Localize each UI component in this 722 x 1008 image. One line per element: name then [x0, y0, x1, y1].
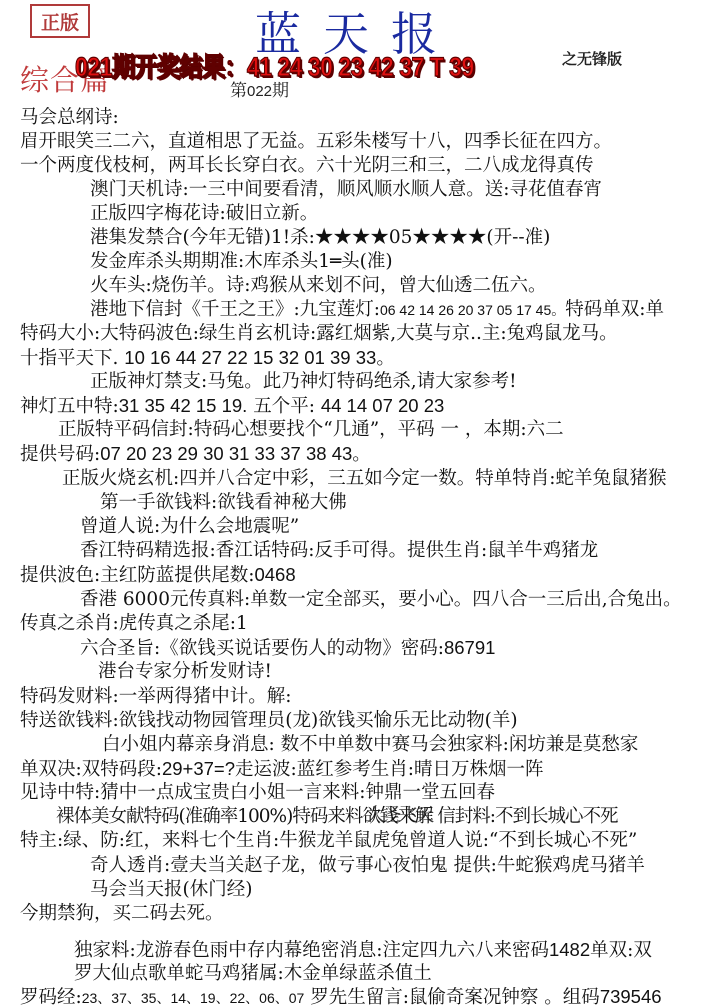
line-segment: 神灯五中特:: [20, 396, 119, 417]
line-segment: 提供号码:: [20, 444, 100, 465]
text-line: 一个两度伐枝柯，两耳长长穿白衣。六十光阴三和三，二八成龙得真传: [20, 155, 594, 177]
text-line: 神灯五中特:31 35 42 15 19. 五个平: 44 14 07 20 2…: [20, 395, 444, 418]
text-line: 提供号码:07 20 23 29 30 31 33 37 38 43。: [20, 443, 371, 466]
text-line: 正版特平码信封:特码心想要找个“几通”，平码 一 ，本期:六二: [58, 419, 564, 441]
issue-prefix: 第: [230, 81, 247, 101]
text-line: 马会当天报(休门经): [90, 879, 252, 901]
text-line: 澳门天机诗:一三中间要看清，顺风顺水顺人意。送:寻花值春宵: [90, 179, 602, 201]
line-segment: 罗码经:: [20, 987, 82, 1008]
number-list: 44 14 07 20 23: [321, 395, 444, 416]
password-number: 86791: [444, 637, 495, 658]
line-segment: 六合圣旨:《欲钱买说话要伤人的动物》密码:: [80, 638, 444, 659]
line-segment: 单双:双: [590, 940, 652, 961]
text-line: 传真之杀肖:虎传真之杀尾:1: [20, 613, 248, 635]
text-line: 马会总纲诗:: [20, 107, 119, 129]
number-list: 23、37、35、14、19、22、06、07: [82, 990, 305, 1006]
text-line: 港地下信封《千王之王》:九宝莲灯:06 42 14 26 20 37 05 17…: [90, 299, 664, 321]
text-line: 裸体美女献特码(准确率100%)特码来料欲钱来解大圣飞天 信封料:不到长城心不死: [56, 806, 617, 828]
text-line: 单双决:双特码段:29+37=?走运波:蓝红参考生肖:晴日万株烟一阵: [20, 758, 544, 781]
text-line: 见诗中特:猜中一点成宝贵白小姐一言来料:钟鼎一堂五回春: [20, 782, 495, 804]
line-segment: 十指平天下.: [20, 348, 118, 369]
line-segment: 港地下信封《千王之王》:九宝莲灯:: [90, 299, 380, 320]
text-line: 港集发禁合(今年无错)1!杀:★★★★05★★★★(开--准): [90, 227, 550, 249]
text-line: 火车头:烧伤羊。诗:鸡猴从来划不问，曾大仙透二伍六。: [90, 275, 546, 297]
text-line: 六合圣旨:《欲钱买说话要伤人的动物》密码:86791: [80, 637, 495, 660]
authentic-stamp: 正版: [30, 4, 90, 38]
text-line: 今期禁狗，买二码去死。: [20, 903, 224, 925]
text-line: 第一手欲钱料:欲钱看神秘大佛: [100, 492, 347, 514]
line-segment: 独家料:龙游春色雨中存内幕绝密消息:注定四九六八来密码: [74, 940, 549, 961]
text-line: 特码发财料:一举两得猪中计。解:: [20, 686, 291, 708]
issue-number: 第022期: [230, 76, 289, 101]
line-segment: 信封料:不到长城心不死: [432, 806, 617, 827]
line-segment: 五个平:: [253, 396, 315, 417]
text-line: 独家料:龙游春色雨中存内幕绝密消息:注定四九六八来密码1482单双:双: [74, 939, 652, 962]
tail-numbers: 0468: [254, 564, 295, 585]
text-line: 罗大仙点歌单蛇马鸡猪属:木金单绿蓝杀值土: [74, 963, 432, 985]
text-line: 港台专家分析发财诗!: [98, 661, 272, 683]
equation: 29+37=?: [162, 758, 235, 779]
line-segment: 裸体美女献特码(准确率100%)特码来料: [56, 806, 362, 827]
text-line: 白小姐内幕亲身消息: 数不中单数中赛马会独家料:闲坊兼是莫愁家: [102, 734, 638, 756]
text-line: 正版神灯禁支:马兔。此乃神灯特码绝杀,请大家参考!: [90, 371, 517, 393]
text-line: 曾道人说:为什么会地震呢”: [80, 516, 299, 538]
text-line: 提供波色:主红防蓝提供尾数:0468: [20, 564, 296, 587]
line-segment: 单双决:双特码段:: [20, 759, 162, 780]
line-segment: 罗先生留言:鼠偷奇案况钟察 。组码: [304, 987, 600, 1008]
text-line: 罗码经:23、37、35、14、19、22、06、07 罗先生留言:鼠偷奇案况钟…: [20, 986, 662, 1008]
password-number: 1482: [549, 939, 590, 960]
line-segment: 提供波色:主红防蓝提供尾数:: [20, 565, 254, 586]
group-number: 739546: [600, 986, 662, 1007]
issue-suffix: 期: [272, 81, 289, 101]
text-line: 奇人透肖:壹夫当关赵子龙，做亏事心夜怕鬼 提供:牛蛇猴鸡虎马猪羊: [90, 855, 645, 877]
line-segment: 走运波:蓝红参考生肖:晴日万株烟一阵: [235, 759, 543, 780]
text-line: 眉开眼笑三二六，直道相思了无益。五彩朱楼写十八，四季长征在四方。: [20, 131, 612, 153]
text-line: 香江特码精选报:香江话特码:反手可得。提供生肖:鼠羊牛鸡猪龙: [80, 540, 598, 562]
text-line: 香港 6000元传真料:单数一定全部买，要小心。四八合一三后出,合兔出。: [80, 589, 682, 611]
lucky-numbers: 06 42 14 26 20 37 05 17 45。: [380, 302, 565, 318]
edition-label: 之无锋版: [562, 48, 622, 69]
overlapping-print: 欲钱来解大圣飞天: [362, 806, 432, 828]
line-segment: 特码单双:单: [565, 299, 664, 320]
number-list: 10 16 44 27 22 15 32 01 39 33。: [124, 347, 395, 368]
issue-value: 022: [247, 83, 272, 100]
text-line: 正版四字梅花诗:破旧立新。: [90, 203, 318, 225]
text-line: 特主:绿、防:红，来料七个生肖:牛猴龙羊鼠虎兔曾道人说:“不到长城心不死”: [20, 830, 637, 852]
text-line: 特码大小:大特码波色:绿生肖玄机诗:露红烟紫,大莫与京..主:兔鸡鼠龙马。: [20, 323, 618, 345]
overlap-text-b: 大圣飞天: [366, 805, 432, 827]
text-line: 十指平天下. 10 16 44 27 22 15 32 01 39 33。: [20, 347, 395, 370]
text-line: 正版火烧玄机:四并八合定中彩，三五如今定一数。特单特肖:蛇羊兔鼠猪猴: [62, 468, 666, 490]
number-list: 31 35 42 15 19.: [119, 395, 248, 416]
text-line: 特送欲钱料:欲钱找动物园管理员(龙)欲钱买愉乐无比动物(羊): [20, 710, 518, 732]
number-list: 07 20 23 29 30 31 33 37 38 43。: [100, 443, 371, 464]
text-line: 发金库杀头期期准:木库杀头1═头(准): [90, 251, 393, 273]
